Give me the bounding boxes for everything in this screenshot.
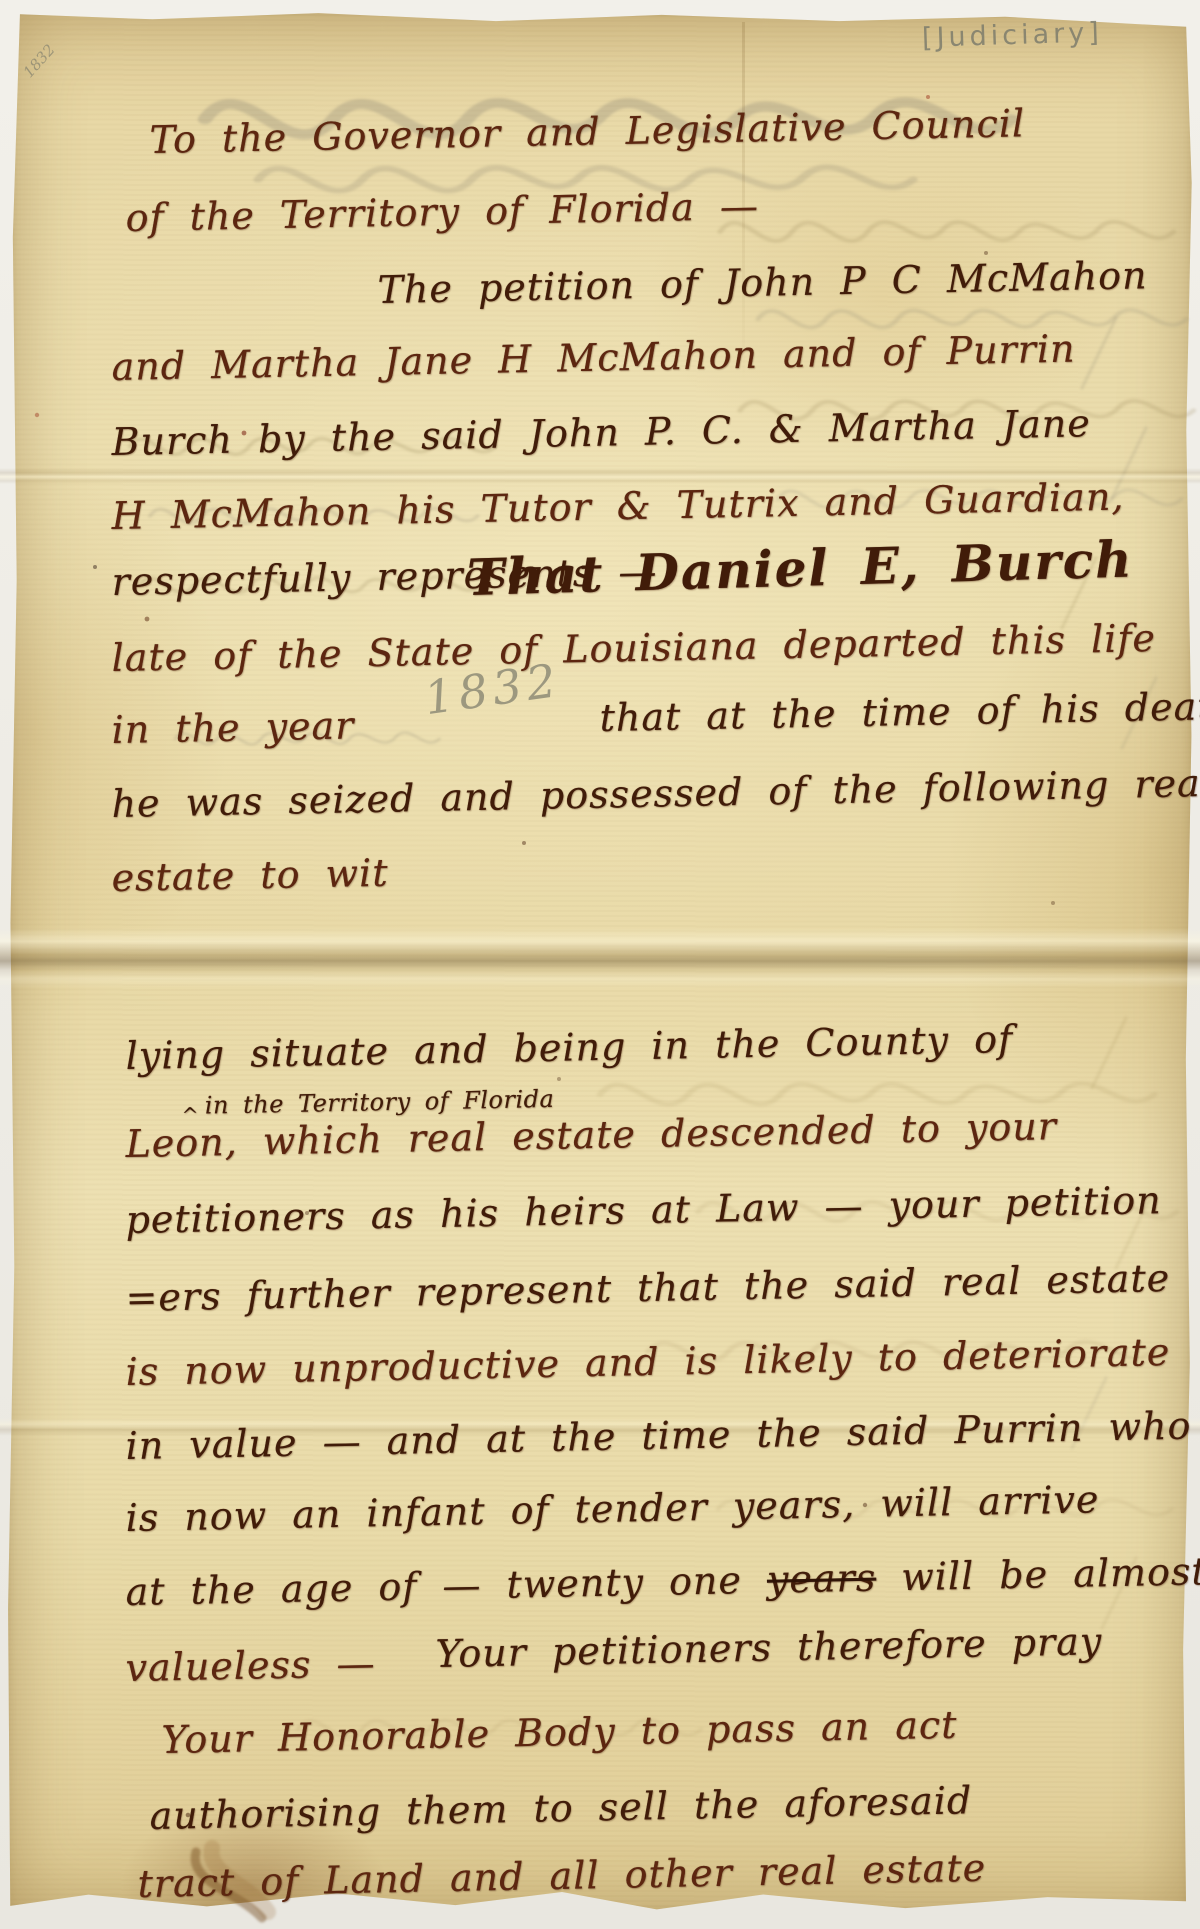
manuscript-line-year-prefix: in the year (111, 703, 355, 752)
paper-specks (0, 0, 2, 2)
struck-word: years (767, 1556, 877, 1602)
scanned-manuscript: [Judiciary] 1832 1832 To the Governor an… (0, 0, 1200, 1929)
manuscript-line: estate to wit (111, 851, 389, 900)
manuscript-line-pray-left: valueless — (125, 1641, 376, 1690)
judiciary-label: [Judiciary] (922, 17, 1104, 54)
age-suffix: will be almost (876, 1549, 1200, 1599)
